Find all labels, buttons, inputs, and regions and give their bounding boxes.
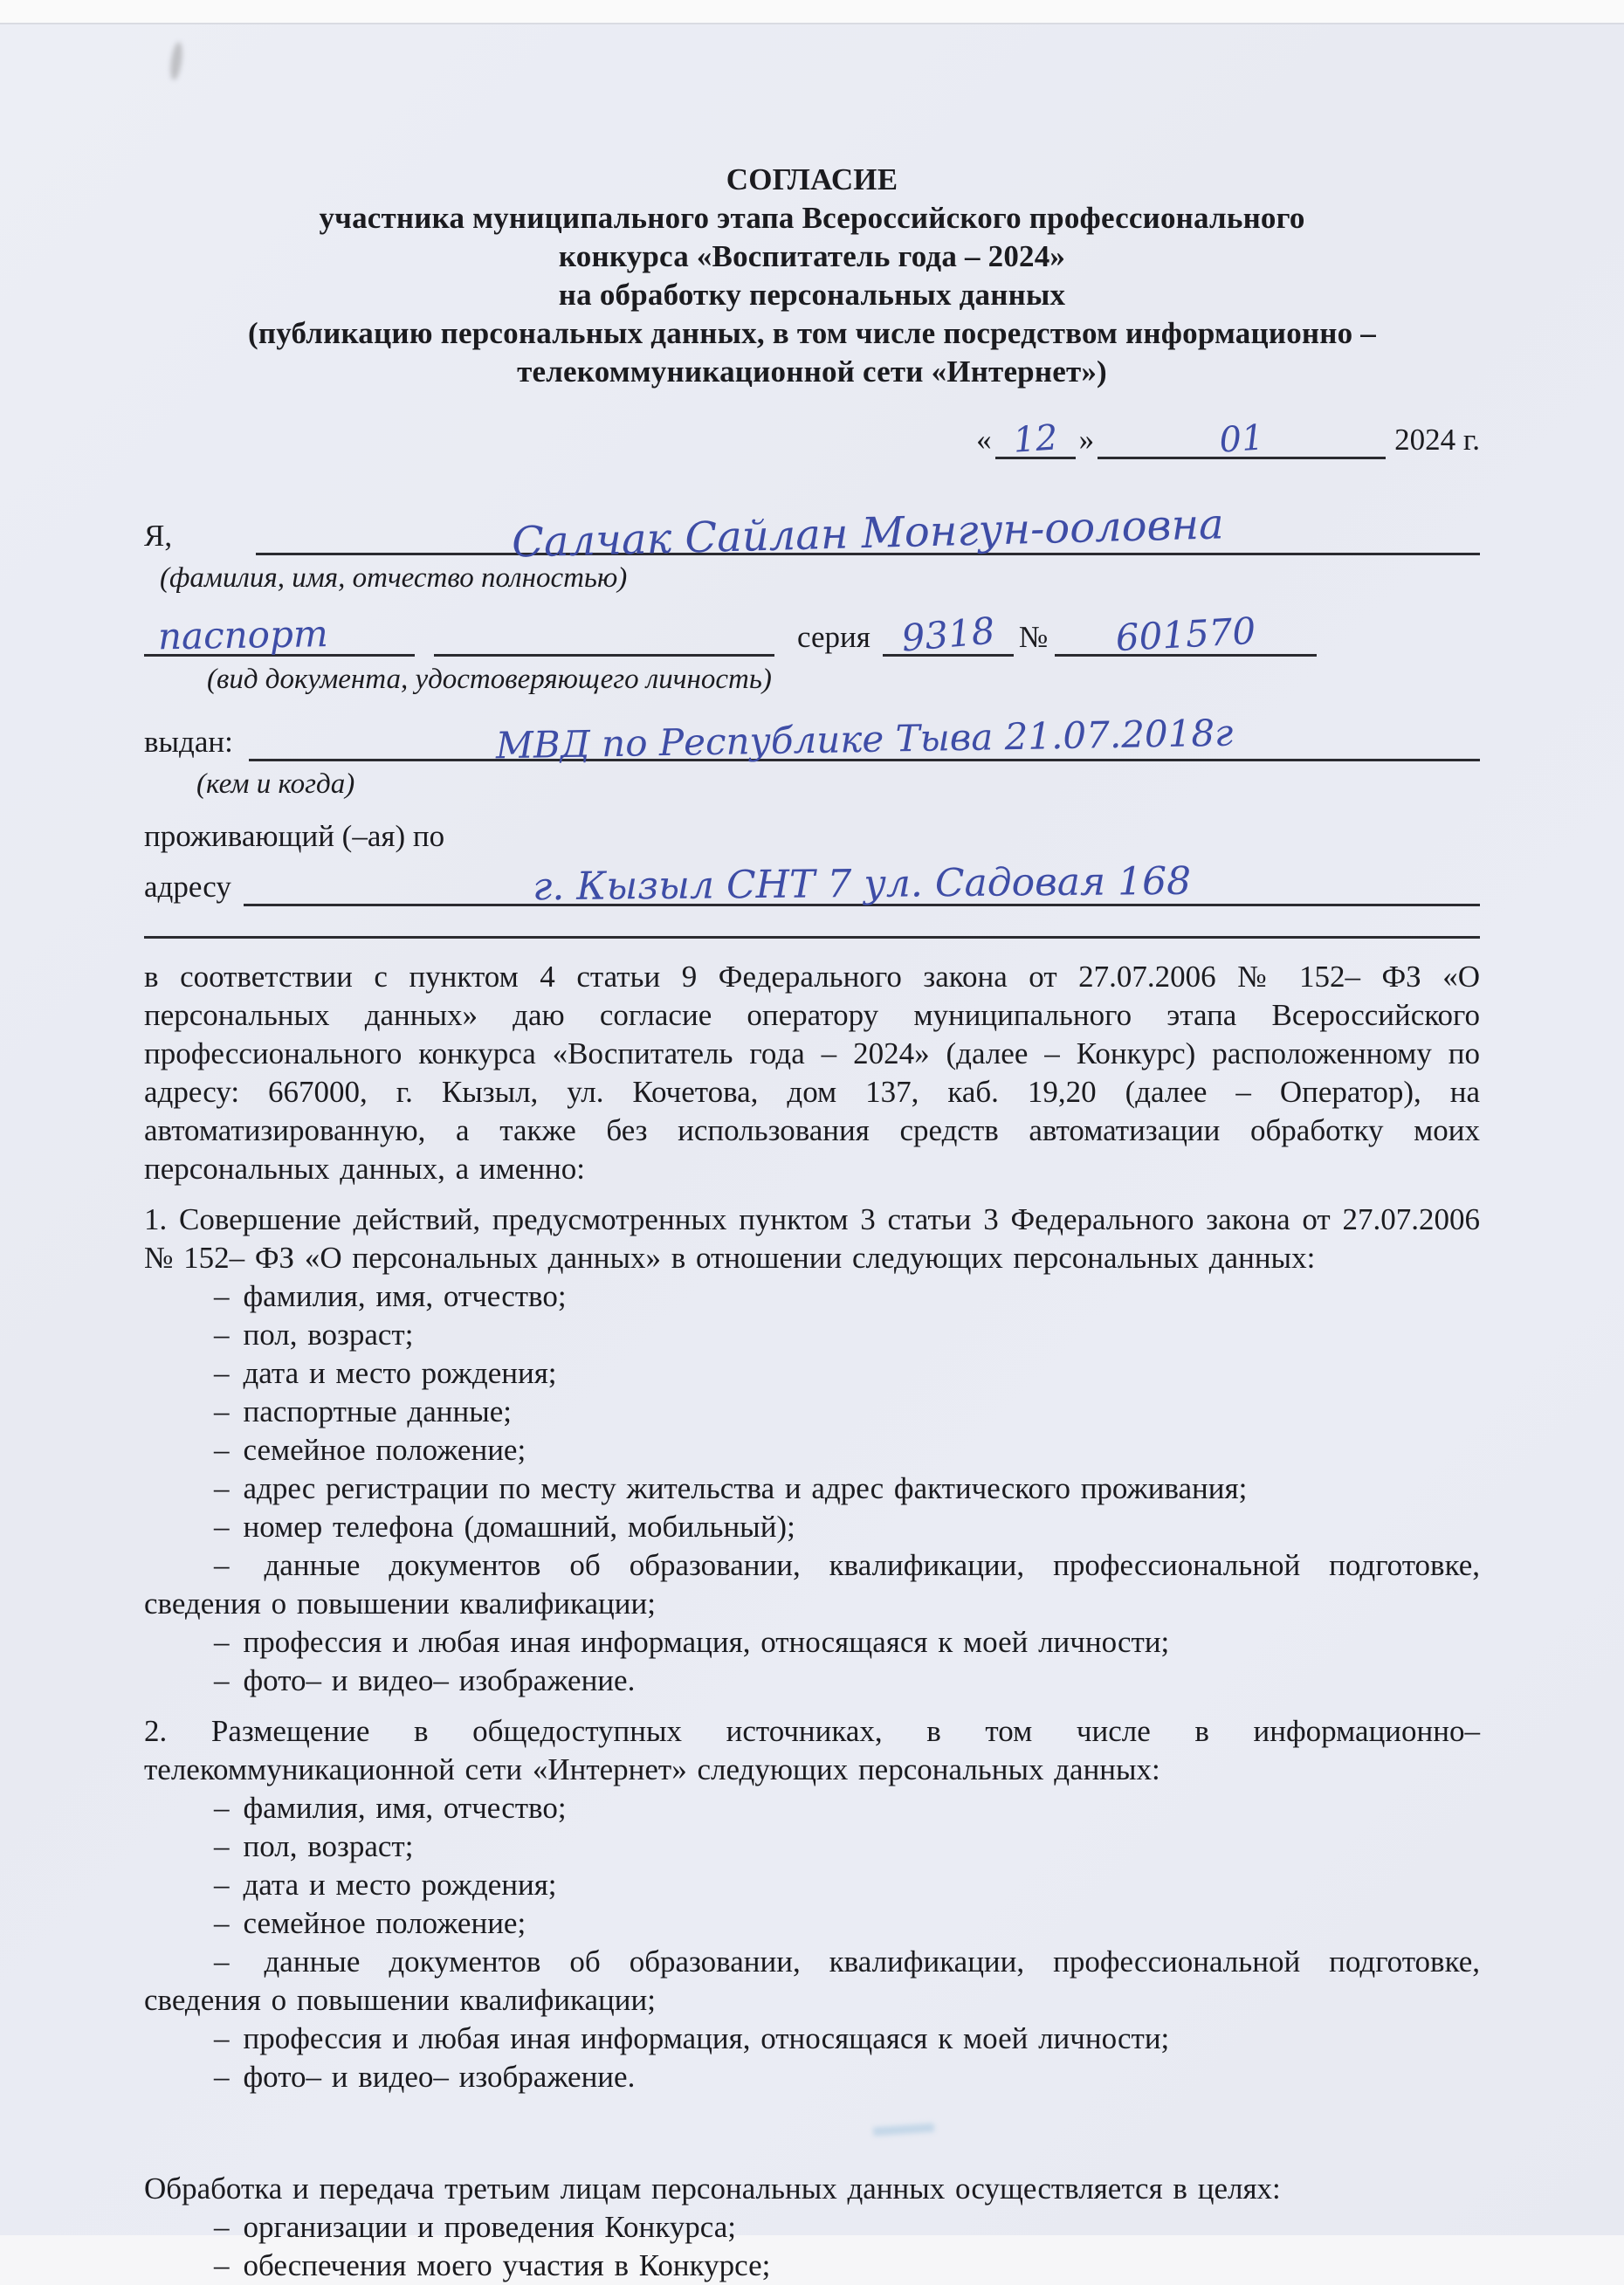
list-item-text: паспортные данные; <box>244 1394 512 1428</box>
date-open-quote: « <box>973 421 995 459</box>
title-line-5: (публикацию персональных данных, в том ч… <box>144 314 1480 353</box>
handwritten-number: 601570 <box>1054 609 1318 661</box>
empty-field <box>434 603 774 657</box>
number-field: 601570 <box>1055 603 1317 657</box>
i-label: Я, <box>144 517 172 555</box>
number-label: № <box>1014 618 1055 657</box>
issued-field: МВД по Республике Тыва 21.07.2018г <box>249 706 1480 761</box>
list-item: –организации и проведения Конкурса; <box>144 2208 1480 2235</box>
bullet-dash: – <box>214 1829 230 1863</box>
bullet-dash: – <box>214 2060 230 2094</box>
list-item: –фамилия, имя, отчество; <box>144 1789 1480 1827</box>
handwritten-series: 9318 <box>881 610 1015 660</box>
bullet-dash: – <box>214 1663 230 1697</box>
scanned-consent-document: СОГЛАСИЕ участника муниципального этапа … <box>0 23 1624 2235</box>
issued-label: выдан: <box>144 723 249 761</box>
document-content: СОГЛАСИЕ участника муниципального этапа … <box>144 23 1480 2235</box>
title-line-1: СОГЛАСИЕ <box>144 161 1480 199</box>
list-item: –паспортные данные; <box>144 1393 1480 1431</box>
handwritten-address: г. Кызыл СНТ 7 ул. Садовая 168 <box>244 860 1481 909</box>
list-item: –данные документов об образовании, квали… <box>144 1546 1480 1623</box>
list-item: –адрес регистрации по месту жительства и… <box>144 1469 1480 1508</box>
list-item-text: дата и место рождения; <box>244 1356 557 1390</box>
address-row: адресу г. Кызыл СНТ 7 ул. Садовая 168 <box>144 856 1480 906</box>
title-line-6: телекоммуникационной сети «Интернет») <box>144 353 1480 391</box>
handwritten-issued-by: МВД по Республике Тыва 21.07.2018г <box>249 710 1481 770</box>
handwritten-doc-type: паспорт <box>144 613 416 656</box>
title-line-2: участника муниципального этапа Всероссий… <box>144 199 1480 237</box>
bullet-dash: – <box>214 1279 230 1313</box>
purposes-intro: Обработка и передача третьим лицам персо… <box>144 2170 1480 2208</box>
list-item-text: профессия и любая иная информация, относ… <box>244 2021 1170 2055</box>
date-month-field: 01 <box>1098 457 1386 459</box>
bullet-dash: – <box>214 2210 230 2235</box>
list-item: –профессия и любая иная информация, отно… <box>144 2020 1480 2058</box>
date-day-field: 12 <box>995 457 1076 459</box>
doc-type-field: паспорт <box>144 603 415 657</box>
list-item: –фото– и видео– изображение. <box>144 2058 1480 2096</box>
full-name-field: Салчак Сайлан Монгун-ооловна <box>256 499 1480 555</box>
series-label: серия <box>797 618 883 657</box>
list-item-text: профессия и любая иная информация, относ… <box>244 1625 1170 1659</box>
list-item-text: фото– и видео– изображение. <box>244 2060 636 2094</box>
scan-edge-top <box>0 0 1624 24</box>
document-type-row: паспорт серия 9318 № 601570 <box>144 606 1480 657</box>
date-line: « 12 » 01 2024 г. <box>144 414 1480 459</box>
bullet-dash: – <box>214 1394 230 1428</box>
section2-intro: 2. Размещение в общедоступных источниках… <box>144 1712 1480 1789</box>
issued-row: выдан: МВД по Республике Тыва 21.07.2018… <box>144 709 1480 761</box>
bullet-dash: – <box>214 1356 230 1390</box>
spacer <box>144 2096 1480 2170</box>
list-item-text: номер телефона (домашний, мобильный); <box>244 1510 795 1544</box>
list-item: –профессия и любая иная информация, отно… <box>144 1623 1480 1662</box>
list-item: –номер телефона (домашний, мобильный); <box>144 1508 1480 1546</box>
residing-row: проживающий (–ая) по <box>144 817 1480 856</box>
handwritten-day: 12 <box>994 417 1077 461</box>
bullet-dash: – <box>214 1625 230 1659</box>
bullet-dash: – <box>214 1868 230 1902</box>
list-item: –пол, возраст; <box>144 1316 1480 1354</box>
list-item-text: фамилия, имя, отчество; <box>244 1279 567 1313</box>
document-title: СОГЛАСИЕ участника муниципального этапа … <box>144 161 1480 391</box>
bullet-dash: – <box>214 1791 230 1825</box>
list-item: –семейное положение; <box>144 1904 1480 1943</box>
list-item: –фото– и видео– изображение. <box>144 1662 1480 1700</box>
list-item-text: организации и проведения Конкурса; <box>244 2210 736 2235</box>
list-item-text: данные документов об образовании, квалиф… <box>144 1548 1480 1621</box>
list-item-text: пол, возраст; <box>244 1829 414 1863</box>
list-item: –семейное положение; <box>144 1431 1480 1469</box>
list-item-text: семейное положение; <box>244 1433 526 1467</box>
section1-intro: 1. Совершение действий, предусмотренных … <box>144 1201 1480 1277</box>
blank-underline <box>144 936 1480 939</box>
date-close-quote: » <box>1076 421 1098 459</box>
list-item: –данные документов об образовании, квали… <box>144 1943 1480 2020</box>
bullet-dash: – <box>214 2021 230 2055</box>
title-line-3: конкурса «Воспитатель года – 2024» <box>144 237 1480 276</box>
residing-label: проживающий (–ая) по <box>144 817 444 856</box>
date-year: 2024 г. <box>1394 421 1480 459</box>
bullet-dash: – <box>214 1906 230 1940</box>
list-item-text: фамилия, имя, отчество; <box>244 1791 567 1825</box>
handwritten-month: 01 <box>1097 410 1387 469</box>
series-field: 9318 <box>883 603 1014 657</box>
consent-paragraph: в соответствии с пунктом 4 статьи 9 Феде… <box>144 958 1480 1188</box>
list-item-text: фото– и видео– изображение. <box>244 1663 636 1697</box>
list-item-text: семейное положение; <box>244 1906 526 1940</box>
title-line-4: на обработку персональных данных <box>144 276 1480 314</box>
bullet-dash: – <box>214 1944 230 1979</box>
list-item-text: дата и место рождения; <box>244 1868 557 1902</box>
list-item-text: адрес регистрации по месту жительства и … <box>244 1471 1248 1505</box>
list-item: –дата и место рождения; <box>144 1354 1480 1393</box>
bullet-dash: – <box>214 1471 230 1505</box>
bullet-dash: – <box>214 1510 230 1544</box>
list-item: –дата и место рождения; <box>144 1866 1480 1904</box>
list-item: –фамилия, имя, отчество; <box>144 1277 1480 1316</box>
address-field: г. Кызыл СНТ 7 ул. Садовая 168 <box>244 853 1480 906</box>
bullet-dash: – <box>214 1433 230 1467</box>
name-row: Я, Салчак Сайлан Монгун-ооловна <box>144 501 1480 555</box>
list-item: –пол, возраст; <box>144 1827 1480 1866</box>
doc-type-hint: (вид документа, удостоверяющего личность… <box>144 660 1480 699</box>
address-label: адресу <box>144 868 244 906</box>
bullet-dash: – <box>214 1548 230 1582</box>
list-item-text: пол, возраст; <box>244 1318 414 1352</box>
list-item-text: данные документов об образовании, квалиф… <box>144 1944 1480 2017</box>
issued-hint: (кем и когда) <box>144 765 1480 803</box>
bullet-dash: – <box>214 1318 230 1352</box>
